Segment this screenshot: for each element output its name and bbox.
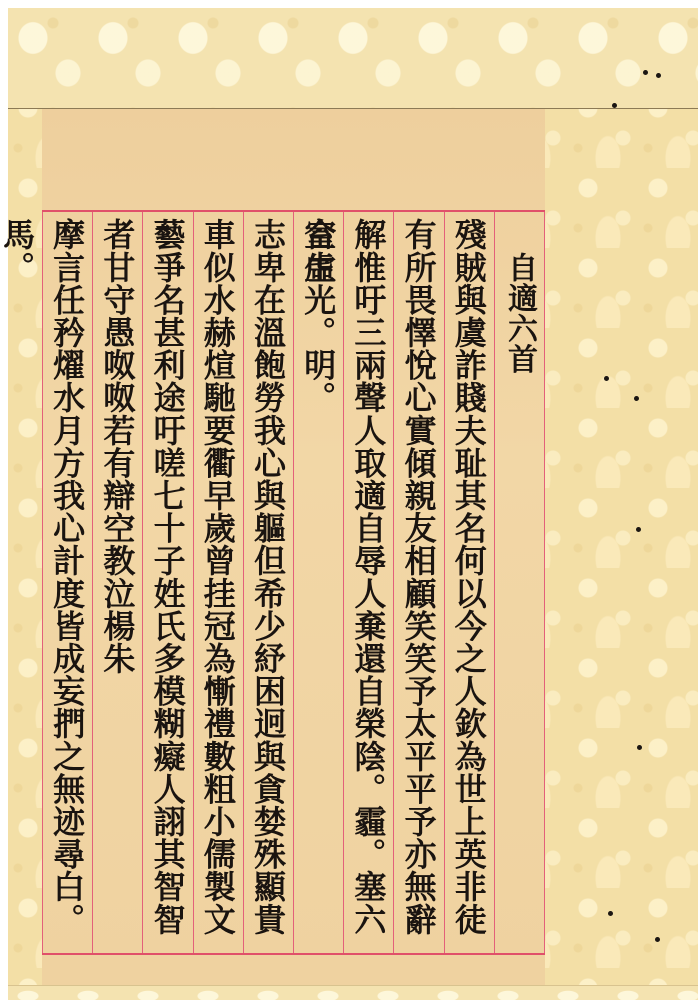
column-text: 殘賊與虞詐賤夫耻其名何以今之人欽為世上英非徒 [445, 218, 494, 935]
poem-title: 自適六首 [495, 252, 544, 374]
text-column: 藝爭名甚利途吁嗟七十子姓氏多模糊癡人詡其智智 [142, 212, 192, 953]
wormhole [656, 73, 661, 78]
column-text: 有所畏懌悅心實傾親友相顧笑笑予太平平予亦無辭 [394, 218, 443, 935]
text-column: 室生光。明。 [293, 212, 343, 953]
column-text: 藝爭名甚利途吁嗟七十子姓氏多模糊癡人詡其智智 [143, 218, 192, 935]
text-column: 車似水赫煊馳要衢早歲曾挂冠為慚禮數粗小儒製文 [193, 212, 243, 953]
column-text: 室生光。明。 [294, 218, 343, 414]
column-text: 車似水赫煊馳要衢早歲曾挂冠為慚禮數粗小儒製文 [194, 218, 243, 935]
column-text: 摩言任矜燿水月方我心計度皆成妄捫之無迹尋白。馬。 [43, 218, 92, 953]
column-text: 解惟吁三兩聲人取適自辱人棄還自榮陰。霾。塞六合虛 [344, 218, 393, 953]
column-title: 自適六首 [494, 212, 545, 953]
text-column: 志卑在溫飽勞我心與軀但希少紓困迥與貪婪殊顯貴 [243, 212, 293, 953]
text-column: 解惟吁三兩聲人取適自辱人棄還自榮陰。霾。塞六合虛 [343, 212, 393, 953]
wormhole [637, 745, 642, 750]
wormhole [636, 527, 641, 532]
brocade-bottom-band [8, 985, 698, 1000]
wormhole [634, 396, 639, 401]
wormhole [655, 937, 660, 942]
ruled-grid: 自適六首 殘賊與虞詐賤夫耻其名何以今之人欽為世上英非徒 有所畏懌悅心實傾親友相顧… [42, 210, 545, 955]
text-column: 摩言任矜燿水月方我心計度皆成妄捫之無迹尋白。馬。 [42, 212, 92, 953]
wormhole [608, 911, 613, 916]
wormhole [604, 376, 609, 381]
wormhole [612, 103, 617, 108]
text-column: 有所畏懌悅心實傾親友相顧笑笑予太平平予亦無辭 [393, 212, 443, 953]
text-column: 者甘守愚呶呶若有辯空教泣楊朱 [92, 212, 142, 953]
wormhole [643, 70, 648, 75]
column-text: 者甘守愚呶呶若有辯空教泣楊朱 [93, 218, 142, 674]
column-text: 志卑在溫飽勞我心與軀但希少紓困迥與貪婪殊顯貴 [244, 218, 293, 935]
text-column: 殘賊與虞詐賤夫耻其名何以今之人欽為世上英非徒 [444, 212, 494, 953]
brocade-top-band [8, 8, 698, 109]
